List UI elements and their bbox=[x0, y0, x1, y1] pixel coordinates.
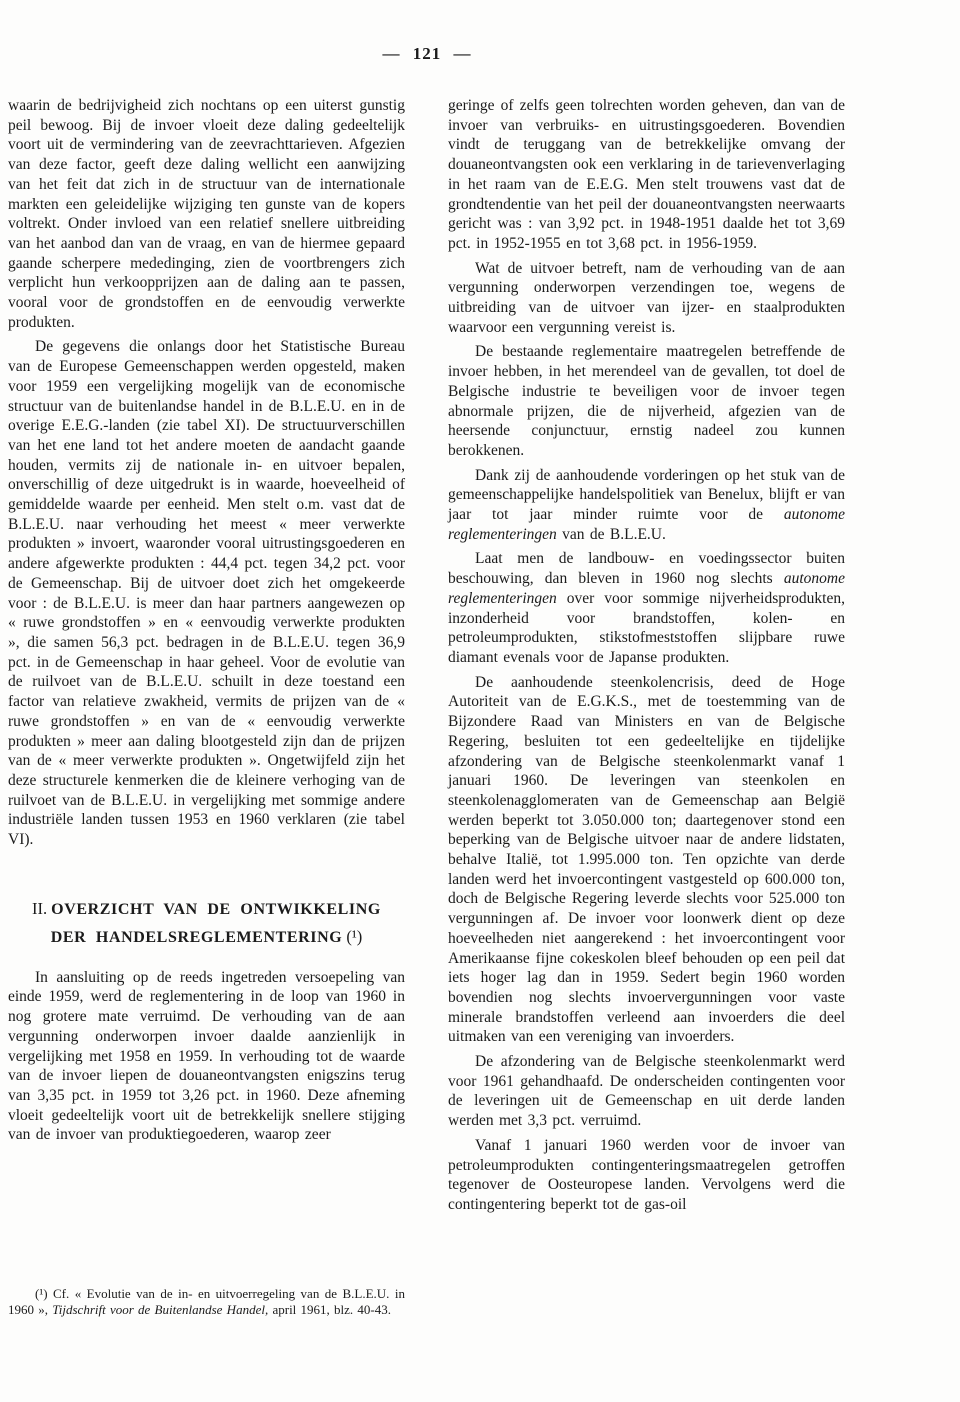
paragraph: In aansluiting op de reeds ingetreden ve… bbox=[8, 968, 405, 1145]
paragraph: De aanhoudende steenkolencrisis, deed de… bbox=[448, 673, 845, 1047]
paragraph: geringe of zelfs geen tolrechten worden … bbox=[448, 96, 845, 254]
paragraph: Vanaf 1 januari 1960 werden voor de invo… bbox=[448, 1136, 845, 1215]
paragraph: De bestaande reglementaire maatregelen b… bbox=[448, 342, 845, 460]
text-columns: waarin de bedrijvigheid zich nochtans op… bbox=[8, 96, 846, 1220]
paragraph: De gegevens die onlangs door het Statist… bbox=[8, 337, 405, 849]
heading-title-line1: OVERZICHT VAN DE ONTWIKKELING bbox=[51, 901, 381, 918]
left-column: waarin de bedrijvigheid zich nochtans op… bbox=[8, 96, 405, 1220]
footnote-text: april 1961, blz. 40-43. bbox=[268, 1302, 391, 1317]
heading-line: II. OVERZICHT VAN DE ONTWIKKELING bbox=[14, 895, 399, 923]
page-number: — 121 — bbox=[8, 44, 846, 64]
footnote: (¹) Cf. « Evolutie van de in- en uitvoer… bbox=[8, 1286, 405, 1317]
heading-footnote-ref: (¹) bbox=[346, 927, 362, 946]
heading-numeral: II. bbox=[32, 899, 47, 918]
journal-title: Tijdschrift voor de Buitenlandse Handel, bbox=[52, 1302, 268, 1317]
heading-line: DER HANDELSREGLEMENTERING (¹) bbox=[14, 923, 399, 951]
section-heading: II. OVERZICHT VAN DE ONTWIKKELING DER HA… bbox=[14, 895, 399, 951]
paragraph-text: van de B.L.E.U. bbox=[557, 526, 666, 543]
paragraph: De afzondering van de Belgische steenkol… bbox=[448, 1052, 845, 1131]
document-page: — 121 — waarin de bedrijvigheid zich noc… bbox=[0, 0, 960, 1402]
paragraph: waarin de bedrijvigheid zich nochtans op… bbox=[8, 96, 405, 332]
paragraph: Wat de uitvoer betreft, nam de verhoudin… bbox=[448, 259, 845, 338]
paragraph: Laat men de landbouw- en voedingssector … bbox=[448, 549, 845, 667]
heading-title-line2: DER HANDELSREGLEMENTERING bbox=[51, 929, 343, 946]
paragraph: Dank zij de aanhoudende vorderingen op h… bbox=[448, 466, 845, 545]
right-column: geringe of zelfs geen tolrechten worden … bbox=[448, 96, 845, 1220]
